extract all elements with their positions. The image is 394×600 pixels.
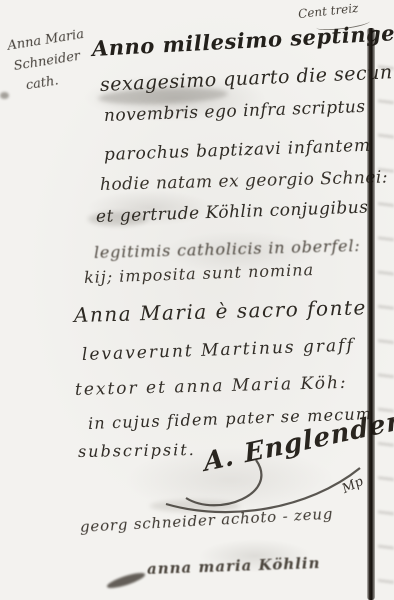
manuscript-line: sexagesimo quarto die secun.	[100, 61, 394, 96]
manuscript-line: parochus baptizavi infantem	[104, 136, 372, 165]
binding-line	[367, 28, 375, 600]
manuscript-line: textor et anna Maria Köh:	[75, 373, 348, 400]
margin-note: Anna Maria Schneider cath.	[6, 24, 92, 98]
manuscript-line: levaverunt Martinus graff	[82, 335, 355, 365]
edge-mark	[0, 92, 9, 99]
manuscript-line: hodie natam ex georgio Schnei:	[100, 167, 389, 195]
manuscript-line: Anna Maria è sacro fonte	[74, 295, 367, 327]
manuscript-line: legitimis catholicis in oberfel:	[94, 236, 361, 262]
manuscript-line: Anno millesimo septingent:	[91, 18, 394, 61]
manuscript-page: Cent treiz Anna Maria Schneider cath. An…	[0, 0, 394, 600]
bleedthrough-marks	[378, 40, 394, 596]
ink-blot	[106, 570, 147, 591]
manuscript-line: kij; imposita sunt nomina	[84, 260, 315, 287]
manuscript-line: et gertrude Köhlin conjugibus	[96, 197, 369, 227]
godmother-signature: anna maria Köhlin	[147, 554, 321, 578]
